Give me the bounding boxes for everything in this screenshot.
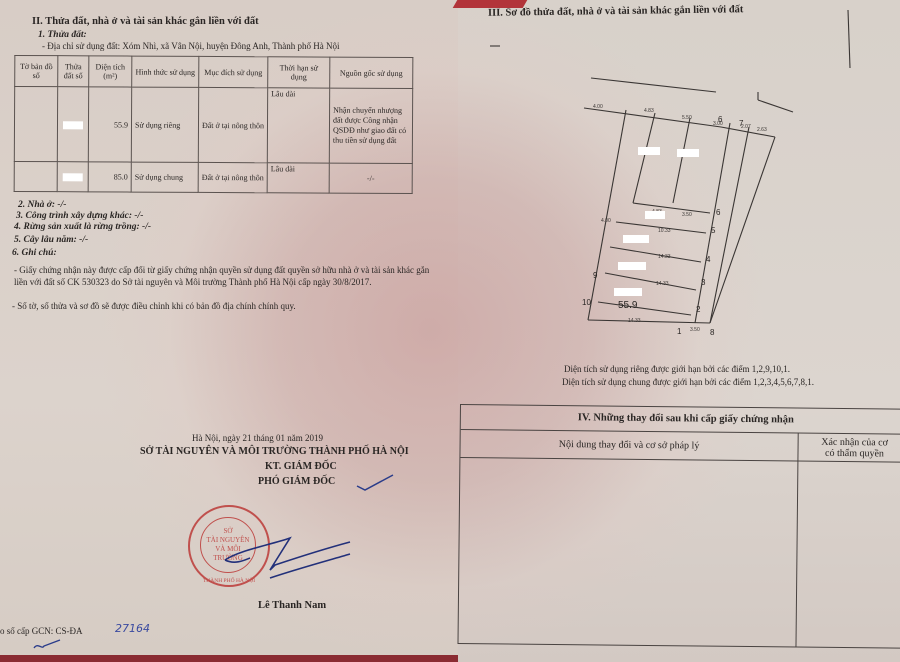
col-origin: Nguồn gốc sử dụng [330, 57, 413, 88]
col-authority-confirmation: Xác nhận của cơ có thẩm quyền [798, 434, 900, 462]
svg-text:6: 6 [716, 208, 721, 217]
cover-edge-bottom [0, 655, 458, 662]
section-title-ii: II. Thửa đất, nhà ở và tài sản khác gắn … [32, 16, 259, 27]
handwritten-mark-icon [32, 638, 62, 652]
signature-scribble [210, 530, 360, 590]
shared-area-legend: Diện tích sử dụng chung được giới hạn bở… [562, 376, 814, 388]
col-change-content: Nội dung thay đổi và cơ sở pháp lý [460, 430, 798, 461]
certificate-page-left: II. Thửa đất, nhà ở và tài sản khác gắn … [0, 0, 458, 662]
svg-text:10.33: 10.33 [658, 228, 671, 234]
land-heading: 1. Thửa đất: [38, 30, 87, 40]
registry-number: 27164 [115, 622, 150, 635]
cell-term: Lâu dài [267, 88, 329, 163]
signer-role-2: PHÓ GIÁM ĐỐC [258, 476, 335, 487]
cell-purpose: Đất ở tại nông thôn [198, 87, 267, 162]
svg-text:4.00: 4.00 [601, 218, 611, 224]
col-parcel-no: Thửa đất số [58, 56, 89, 87]
note-adjustment: - Số tờ, số thửa và sơ đồ sẽ được điều c… [12, 300, 432, 312]
table-row: 85.0 Sử dụng chung Đất ở tại nông thôn L… [14, 161, 412, 193]
col-purpose: Mục đích sử dụng [199, 56, 268, 87]
svg-text:3.50: 3.50 [690, 327, 700, 333]
land-parcel-table: Tờ bản đồ số Thửa đất số Diện tích (m²) … [14, 55, 414, 194]
svg-text:14.33: 14.33 [658, 254, 671, 260]
table-header-row: Tờ bản đồ số Thửa đất số Diện tích (m²) … [15, 55, 413, 88]
item-house: 2. Nhà ở: -/- [18, 200, 66, 210]
confirm-column-body [795, 461, 798, 647]
parcel-diagram: 4.00 4.83 5.50 3.00 2.07 2.63 4.83 3.50 … [458, 0, 900, 360]
svg-text:9: 9 [593, 271, 598, 280]
changes-table: IV. Những thay đổi sau khi cấp giấy chứn… [457, 404, 900, 649]
svg-text:3: 3 [701, 278, 706, 287]
sign-date: Hà Nội, ngày 21 tháng 01 năm 2019 [192, 432, 323, 444]
cell-origin: Nhận chuyển nhượng đất được Công nhận QS… [329, 88, 412, 163]
table-row: 55.9 Sử dụng riêng Đất ở tại nông thôn L… [14, 86, 412, 163]
svg-text:4.00: 4.00 [593, 104, 603, 110]
svg-text:8: 8 [710, 328, 715, 337]
note-reissue: - Giấy chứng nhận này được cấp đổi từ gi… [14, 264, 434, 288]
item-notes-heading: 6. Ghi chú: [12, 248, 57, 258]
svg-text:6: 6 [718, 115, 723, 124]
svg-text:5: 5 [711, 226, 716, 235]
item-other-construction: 3. Công trình xây dựng khác: -/- [16, 211, 143, 221]
issuing-agency: SỞ TÀI NGUYÊN VÀ MÔI TRƯỜNG THÀNH PHỐ HÀ… [140, 446, 409, 457]
check-mark-icon [355, 472, 395, 492]
svg-text:2.63: 2.63 [757, 127, 767, 133]
col-map-sheet: Tờ bản đồ số [15, 55, 58, 86]
signer-name: Lê Thanh Nam [258, 600, 326, 611]
cell-area: 85.0 [88, 162, 131, 192]
cell-area: 55.9 [88, 87, 131, 162]
svg-text:14.33: 14.33 [656, 281, 669, 287]
confirm-line-2: có thẩm quyền [798, 448, 900, 460]
signer-role-1: KT. GIÁM ĐỐC [265, 461, 337, 472]
col-term: Thời hạn sử dụng [268, 57, 330, 88]
item-production-forest: 4. Rừng sản xuất là rừng trồng: -/- [14, 222, 151, 232]
redacted-parcel-no [63, 121, 83, 129]
cell-form: Sử dụng chung [131, 162, 198, 192]
svg-text:5.50: 5.50 [682, 115, 692, 121]
svg-text:14.33: 14.33 [628, 318, 641, 324]
svg-text:2: 2 [696, 305, 701, 314]
svg-text:4: 4 [706, 255, 711, 264]
registry-label: o số cấp GCN: CS-ĐA [0, 625, 83, 637]
svg-text:10: 10 [582, 298, 591, 307]
col-usage-form: Hình thức sử dụng [132, 56, 199, 87]
cell-map-sheet [14, 161, 57, 191]
cell-purpose: Đất ở tại nông thôn [198, 162, 267, 192]
cell-map-sheet [14, 86, 57, 161]
svg-text:3.50: 3.50 [682, 212, 692, 218]
svg-text:1: 1 [677, 327, 682, 336]
col-area: Diện tích (m²) [89, 56, 132, 87]
svg-text:4.83: 4.83 [644, 108, 654, 114]
svg-text:55.9: 55.9 [618, 300, 638, 311]
item-perennial-trees: 5. Cây lâu năm: -/- [14, 235, 88, 245]
svg-text:7: 7 [739, 119, 744, 128]
cell-term: Lâu dài [267, 163, 329, 193]
private-area-legend: Diện tích sử dụng riêng được giới hạn bở… [564, 363, 790, 375]
cell-form: Sử dụng riêng [131, 87, 198, 162]
redacted-parcel-no [63, 173, 83, 181]
cover-edge [453, 0, 528, 8]
cell-origin: -/- [329, 163, 412, 193]
address-line: - Địa chỉ sử dụng đất: Xóm Nhì, xã Vân N… [42, 40, 340, 52]
